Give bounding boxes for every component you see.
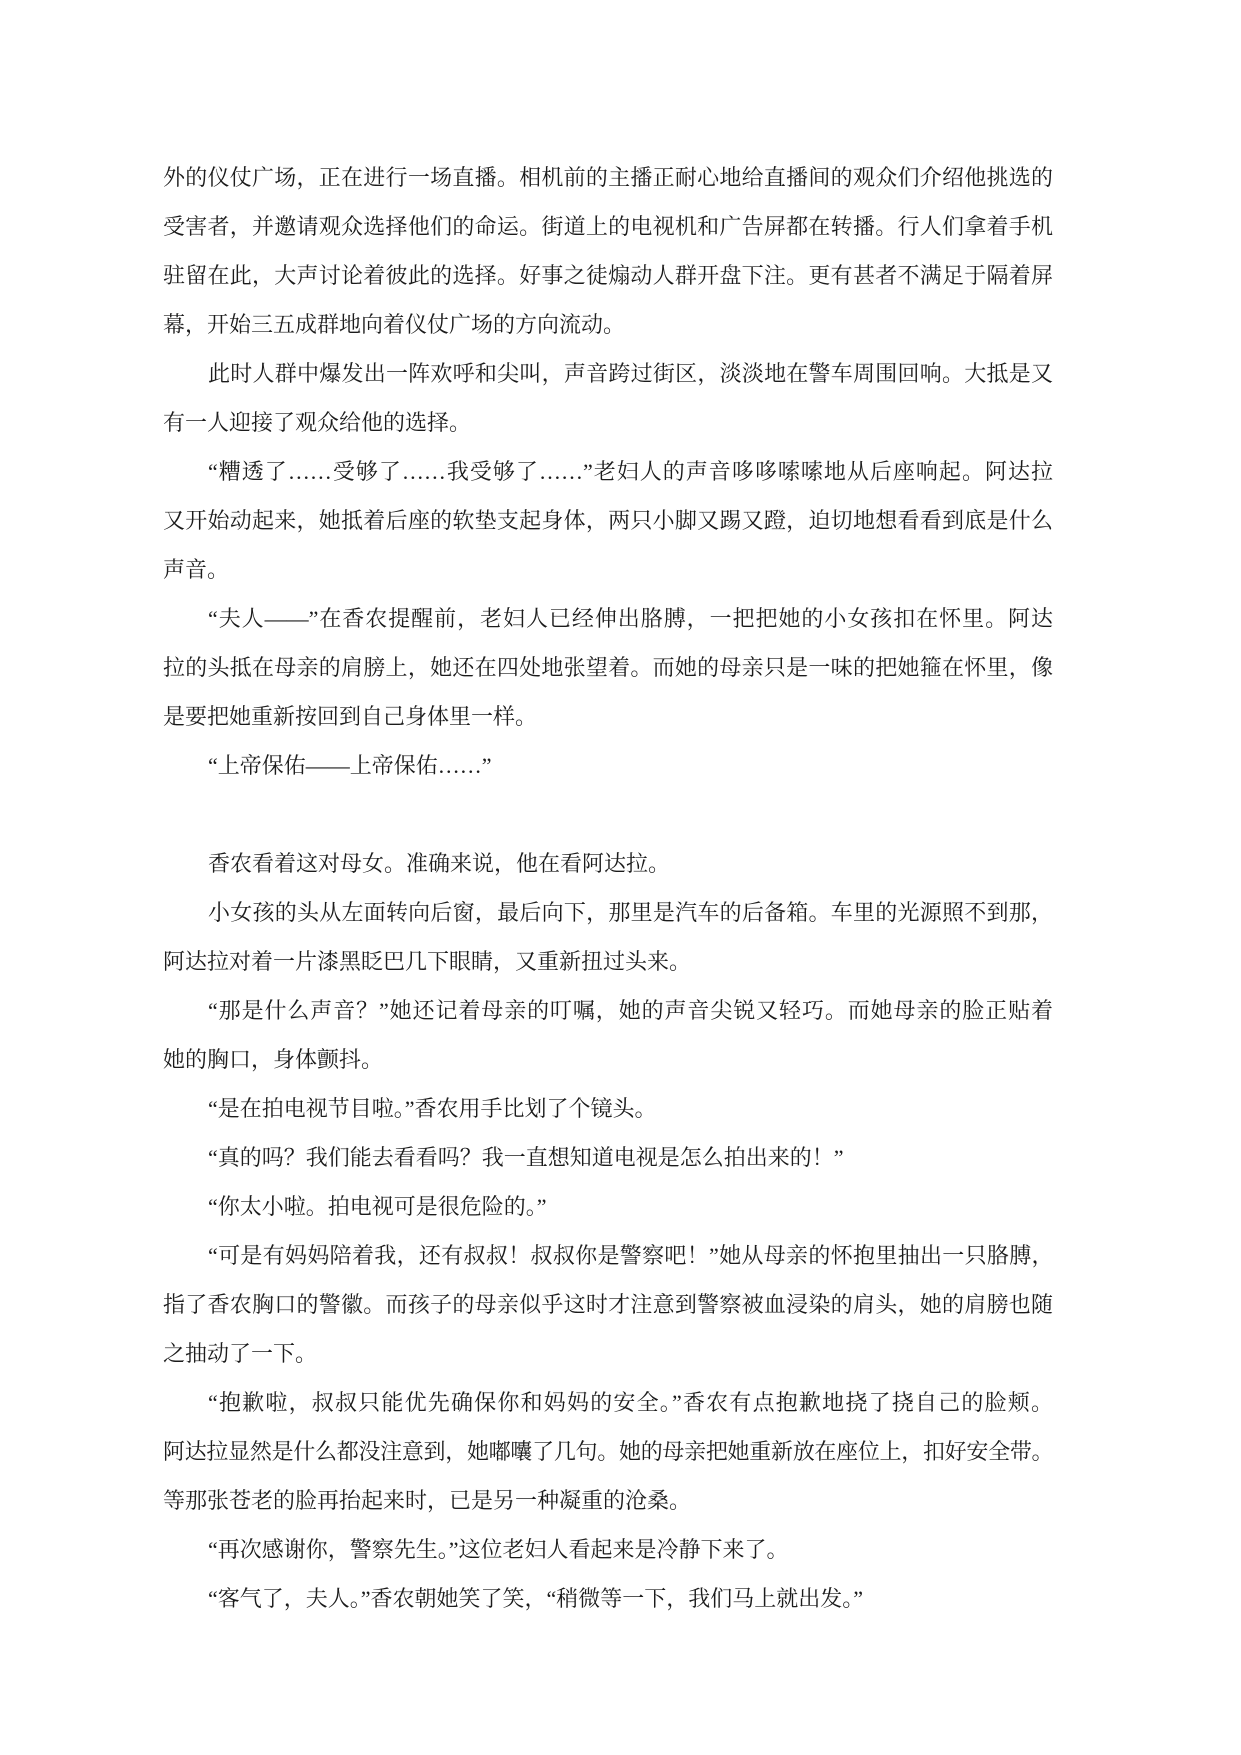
text-line: “是在拍电视节目啦。”香农用手比划了个镜头。: [163, 1084, 1053, 1133]
text-line: “那是什么声音？”她还记着母亲的叮嘱，她的声音尖锐又轻巧。而她母亲的脸正贴着: [163, 986, 1053, 1035]
text-line: 有一人迎接了观众给他的选择。: [163, 398, 1053, 447]
text-line: “真的吗？我们能去看看吗？我一直想知道电视是怎么拍出来的！”: [163, 1133, 1053, 1182]
blank-line: [163, 790, 1053, 839]
document-body: 外的仪仗广场，正在进行一场直播。相机前的主播正耐心地给直播间的观众们介绍他挑选的…: [163, 153, 1053, 1623]
text-line: 受害者，并邀请观众选择他们的命运。街道上的电视机和广告屏都在转播。行人们拿着手机: [163, 202, 1053, 251]
text-line: 驻留在此，大声讨论着彼此的选择。好事之徒煽动人群开盘下注。更有甚者不满足于隔着屏: [163, 251, 1053, 300]
text-line: 小女孩的头从左面转向后窗，最后向下，那里是汽车的后备箱。车里的光源照不到那，: [163, 888, 1053, 937]
text-line: 是要把她重新按回到自己身体里一样。: [163, 692, 1053, 741]
text-line: “客气了，夫人。”香农朝她笑了笑，“稍微等一下，我们马上就出发。”: [163, 1574, 1053, 1623]
document-page: 外的仪仗广场，正在进行一场直播。相机前的主播正耐心地给直播间的观众们介绍他挑选的…: [0, 0, 1241, 1755]
text-line: “可是有妈妈陪着我，还有叔叔！叔叔你是警察吧！”她从母亲的怀抱里抽出一只胳膊，: [163, 1231, 1053, 1280]
text-line: 幕，开始三五成群地向着仪仗广场的方向流动。: [163, 300, 1053, 349]
text-line: 此时人群中爆发出一阵欢呼和尖叫，声音跨过街区，淡淡地在警车周围回响。大抵是又: [163, 349, 1053, 398]
text-line: 又开始动起来，她抵着后座的软垫支起身体，两只小脚又踢又蹬，迫切地想看看到底是什么: [163, 496, 1053, 545]
text-line: 香农看着这对母女。准确来说，他在看阿达拉。: [163, 839, 1053, 888]
text-line: “你太小啦。拍电视可是很危险的。”: [163, 1182, 1053, 1231]
text-line: “抱歉啦，叔叔只能优先确保你和妈妈的安全。”香农有点抱歉地挠了挠自己的脸颊。: [163, 1378, 1053, 1427]
text-line: 之抽动了一下。: [163, 1329, 1053, 1378]
text-line: 拉的头抵在母亲的肩膀上，她还在四处地张望着。而她的母亲只是一味的把她箍在怀里，像: [163, 643, 1053, 692]
text-line: 声音。: [163, 545, 1053, 594]
text-line: “夫人——”在香农提醒前，老妇人已经伸出胳膊，一把把她的小女孩扣在怀里。阿达: [163, 594, 1053, 643]
text-line: “再次感谢你，警察先生。”这位老妇人看起来是冷静下来了。: [163, 1525, 1053, 1574]
text-line: “上帝保佑——上帝保佑……”: [163, 741, 1053, 790]
text-line: 她的胸口，身体颤抖。: [163, 1035, 1053, 1084]
text-line: 指了香农胸口的警徽。而孩子的母亲似乎这时才注意到警察被血浸染的肩头，她的肩膀也随: [163, 1280, 1053, 1329]
text-line: 阿达拉显然是什么都没注意到，她嘟囔了几句。她的母亲把她重新放在座位上，扣好安全带…: [163, 1427, 1053, 1476]
text-line: “糟透了……受够了……我受够了……”老妇人的声音哆哆嗦嗦地从后座响起。阿达拉: [163, 447, 1053, 496]
text-line: 等那张苍老的脸再抬起来时，已是另一种凝重的沧桑。: [163, 1476, 1053, 1525]
text-line: 外的仪仗广场，正在进行一场直播。相机前的主播正耐心地给直播间的观众们介绍他挑选的: [163, 153, 1053, 202]
text-line: 阿达拉对着一片漆黑眨巴几下眼睛，又重新扭过头来。: [163, 937, 1053, 986]
